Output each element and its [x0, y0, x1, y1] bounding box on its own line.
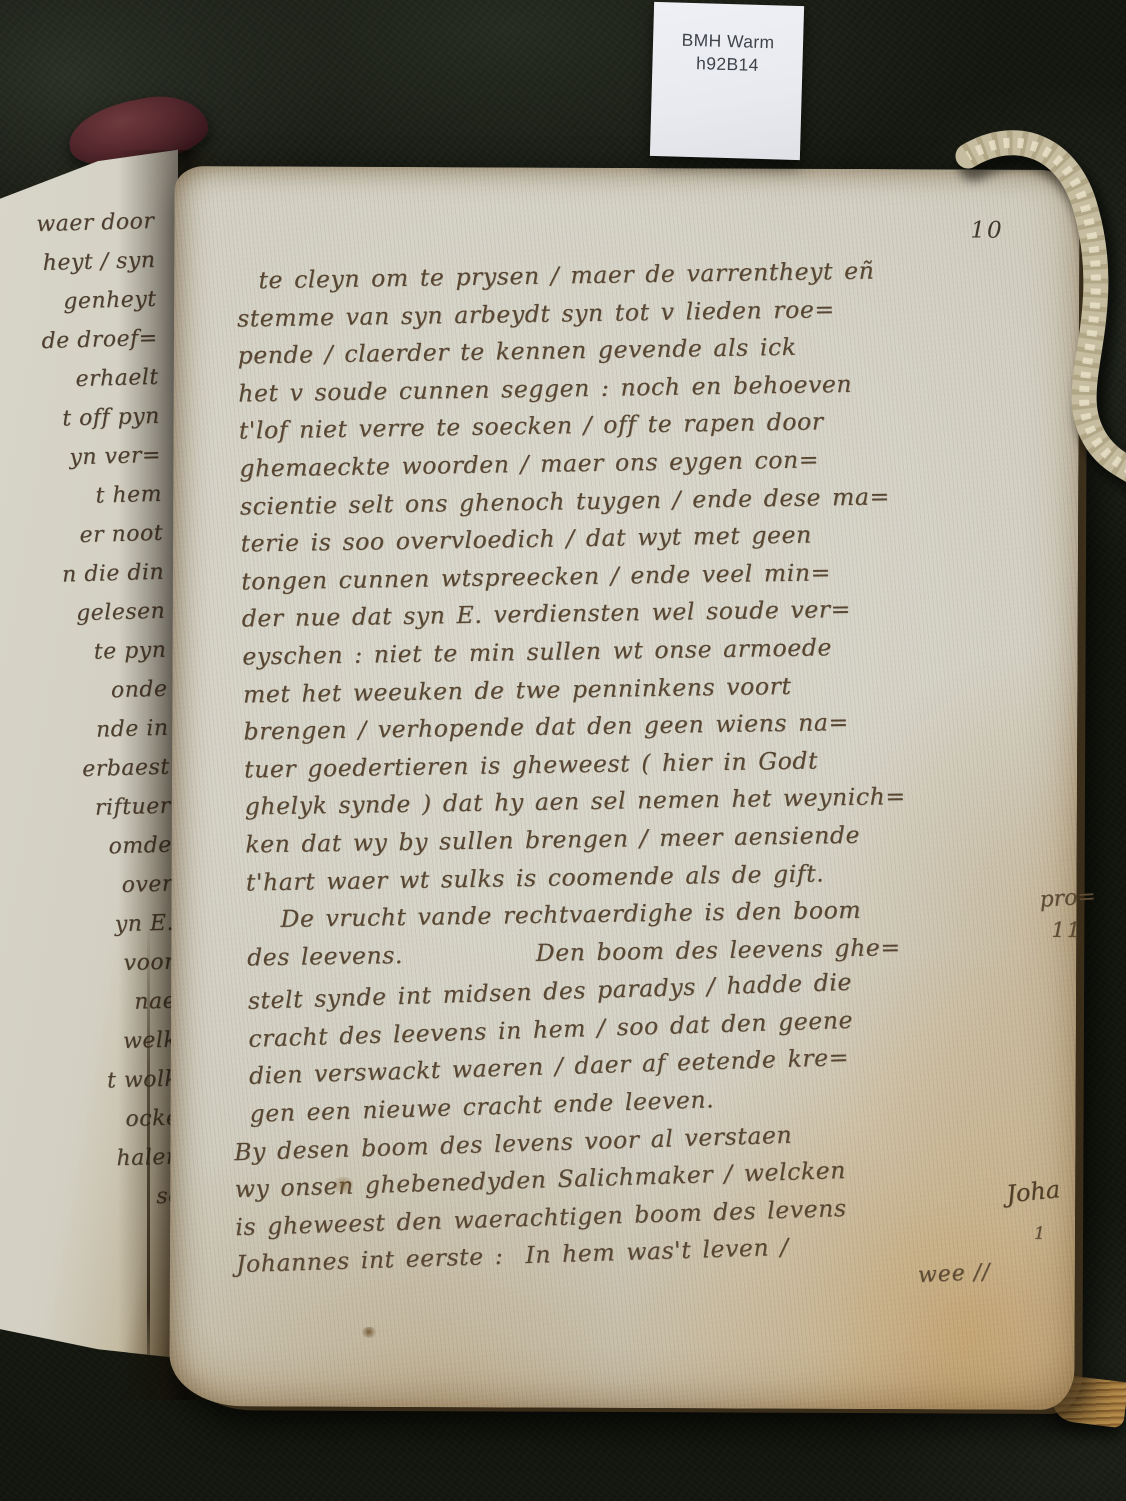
- catchword: wee //: [917, 1260, 991, 1288]
- manuscript-text-block: te cleyn om te prysen / maer de varrenth…: [236, 250, 1064, 1278]
- page-number: 10: [970, 218, 1003, 244]
- margin-note-proverbs-number: 11: [1051, 918, 1082, 942]
- manuscript-photo: waer door heyt / syn genheyt de droef= e…: [0, 0, 1126, 1501]
- ink-stain: [362, 1327, 378, 1338]
- margin-note-john-number: 1: [1034, 1224, 1045, 1244]
- archive-label: BMH Warm h92B14: [650, 2, 804, 160]
- archive-label-shelfmark: h92B14: [652, 51, 803, 78]
- margin-note-proverbs: pro=: [1039, 884, 1097, 913]
- manuscript-page: 10 te cleyn om te prysen / maer de varre…: [169, 166, 1079, 1410]
- margin-note-john: Joha: [1005, 1175, 1061, 1208]
